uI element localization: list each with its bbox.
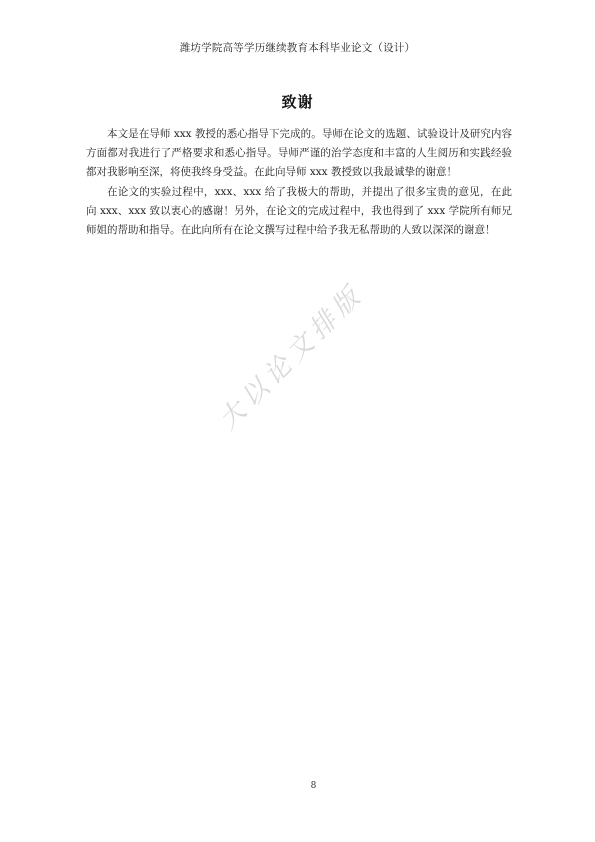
running-header: 潍坊学院高等学历继续教育本科毕业论文（设计） (0, 41, 595, 55)
section-title: 致谢 (0, 92, 595, 112)
paragraph: 在论文的实验过程中，xxx、xxx 给了我极大的帮助，并提出了很多宝贵的意见，在… (86, 183, 512, 241)
paragraph: 本文是在导师 xxx 教授的悉心指导下完成的。导师在论文的选题、试验设计及研究内… (86, 125, 512, 183)
document-page: 潍坊学院高等学历继续教育本科毕业论文（设计） 致谢 本文是在导师 xxx 教授的… (0, 0, 595, 842)
watermark: 大以论文排版 (209, 275, 371, 437)
page-number: 8 (0, 780, 595, 792)
section-body: 本文是在导师 xxx 教授的悉心指导下完成的。导师在论文的选题、试验设计及研究内… (86, 125, 512, 240)
